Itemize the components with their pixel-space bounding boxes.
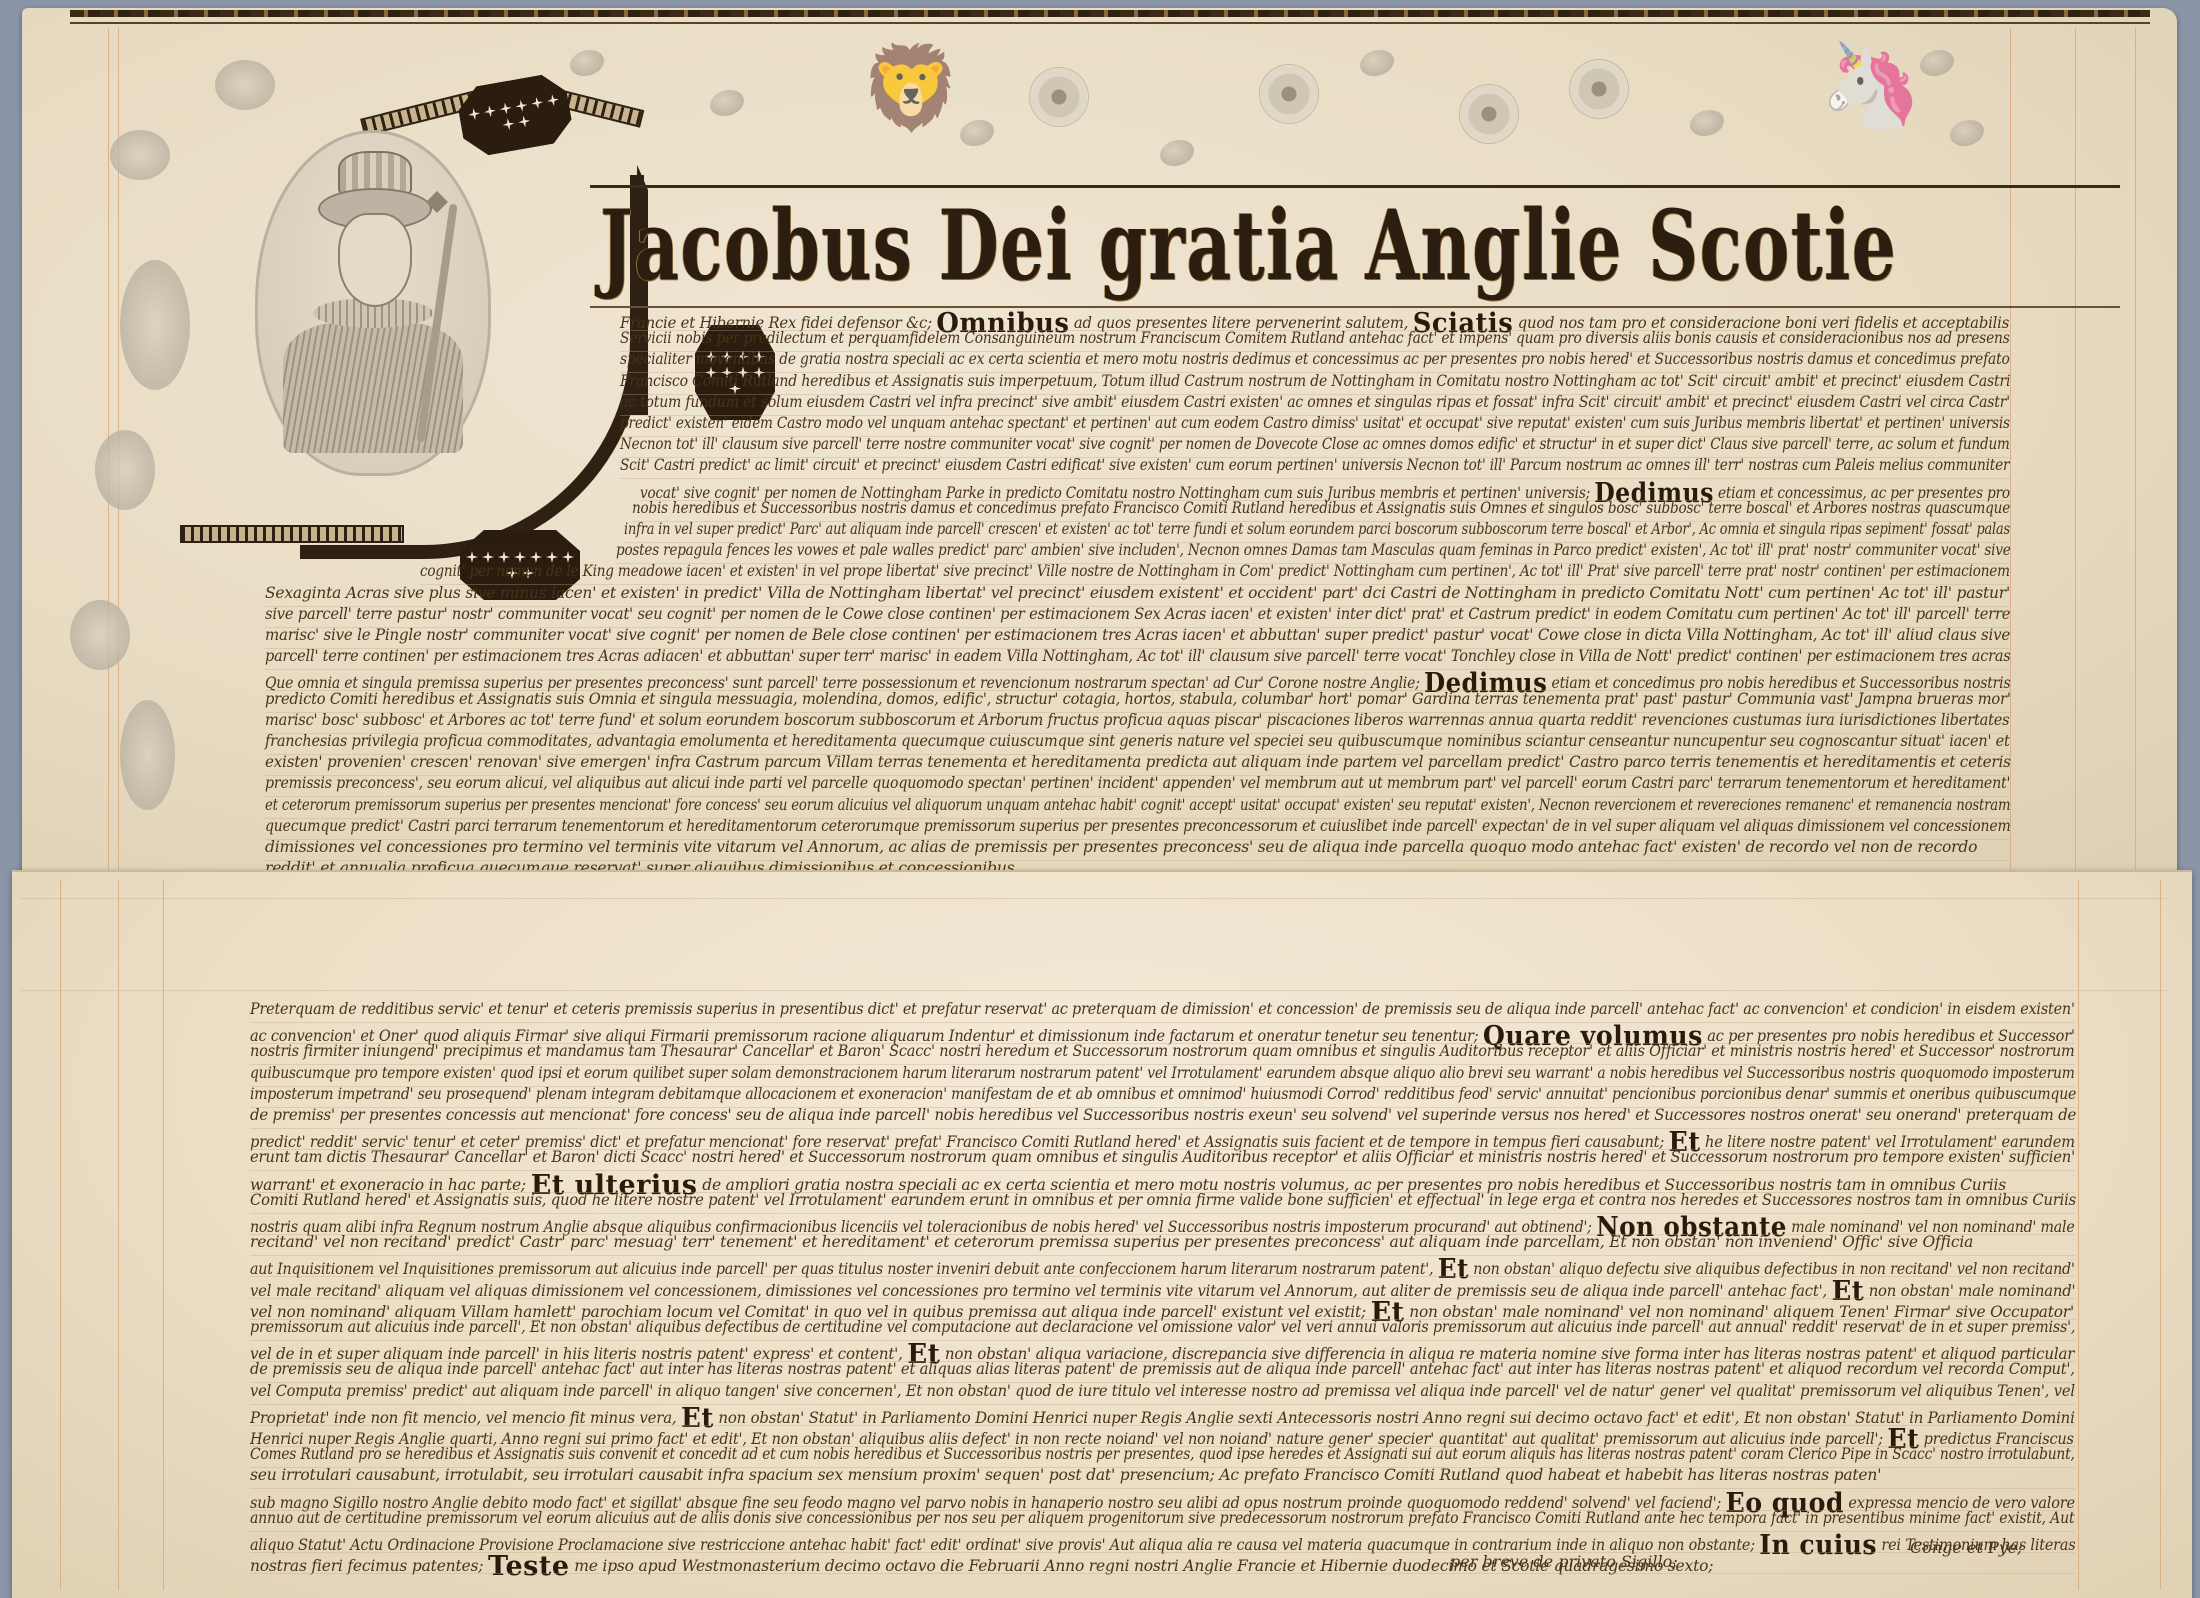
face: [338, 213, 412, 307]
margin-rule: [2078, 880, 2079, 1590]
text-line: recitand' vel non recitand' predict' Cas…: [250, 1233, 2075, 1251]
rose-icon: [1030, 68, 1088, 126]
text-line: Preterquam de redditibus servic' et tenu…: [250, 1000, 2075, 1018]
text-line: marisc' bosc' subbosc' et Arbores ac tot…: [265, 711, 2010, 729]
text-line: Francisco Comiti Rutland heredibus et As…: [620, 372, 2011, 390]
text-line: parcell' terre continen' per estimacione…: [265, 647, 2011, 665]
text-line: et ceterorum premissorum superius per pr…: [265, 796, 2010, 814]
margin-rule: [118, 880, 119, 1590]
text-line: predict' existen' eidem Castro modo vel …: [620, 414, 2010, 432]
knotwork-ornament: [455, 71, 575, 159]
text-line: Sexaginta Acras sive plus sive minus iac…: [265, 584, 2011, 602]
text-line: franchesias privilegia proficua commodit…: [265, 732, 2010, 750]
text-line: nostris firmiter iniungend' precipimus e…: [250, 1042, 2075, 1060]
text-line: marisc' sive le Pingle nostr' communiter…: [265, 626, 2010, 644]
text-line: premissis preconcess', seu eorum alicui,…: [265, 774, 2011, 792]
text-line: infra in vel super predict' Parc' aut al…: [624, 520, 2010, 538]
text-line: sive parcell' terre pastur' nostr' commu…: [265, 605, 2010, 623]
text-segment: quecumque predict' Castri parci terrarum…: [265, 817, 2011, 835]
acanthus-scroll: [120, 700, 175, 810]
text-segment: cognit' per nomen de le King meadowe iac…: [420, 562, 2010, 580]
text-line: vel Computa premiss' predict' aut aliqua…: [250, 1382, 2075, 1400]
margin-rule: [2135, 28, 2136, 873]
text-segment: marisc' bosc' subbosc' et Arbores ac tot…: [265, 711, 2009, 729]
text-segment: predict' existen' eidem Castro modo vel …: [620, 414, 2010, 432]
text-line: imposterum impetrand' seu prosequend' pl…: [250, 1085, 2076, 1103]
unicorn-icon: 🦄: [1820, 45, 1922, 127]
text-line: Servicii nobis per predilectum et perqua…: [620, 329, 2010, 347]
text-line: seu irrotulari causabunt, irrotulabit, s…: [250, 1466, 2075, 1484]
text-line: existen' provenien' crescen' renovan' si…: [265, 753, 2010, 771]
text-segment: nostris firmiter iniungend' precipimus e…: [250, 1042, 2075, 1060]
text-line: premissorum aut alicuius inde parcell', …: [250, 1318, 2075, 1336]
text-segment: seu irrotulari causabunt, irrotulabit, s…: [250, 1466, 1881, 1484]
leaf-icon: [1920, 50, 1954, 76]
border-band: [70, 10, 2150, 17]
text-line: nostras fieri fecimus patentes; Teste me…: [250, 1551, 2075, 1582]
text-segment: predicto Comiti heredibus et Assignatis …: [265, 690, 2011, 708]
text-segment: Francisco Comiti Rutland heredibus et As…: [620, 372, 2010, 390]
text-segment: infra in vel super predict' Parc' aut al…: [624, 520, 2010, 538]
text-segment: marisc' sive le Pingle nostr' communiter…: [265, 626, 2010, 644]
text-segment: erunt tam dictis Thesaurar' Cancellar' e…: [250, 1148, 2075, 1166]
text-line: quecumque predict' Castri parci terrarum…: [265, 817, 2011, 835]
leaf-icon: [1690, 110, 1724, 136]
leaf-icon: [960, 120, 994, 146]
text-line: cognit' per nomen de le King meadowe iac…: [420, 562, 2010, 580]
text-segment: nobis heredibus et Successoribus nostris…: [632, 499, 2010, 517]
ruling-line: [250, 1573, 2075, 1574]
text-segment: franchesias privilegia proficua commodit…: [265, 732, 2010, 750]
text-line: de premiss' per presentes concessis aut …: [250, 1106, 2076, 1124]
text-line: Comes Rutland pro se heredibus et Assign…: [250, 1445, 2075, 1463]
decorative-frieze: 🦁 🦄: [560, 20, 2000, 185]
text-segment: Scit' Castri predict' ac limit' circuit'…: [620, 456, 2009, 474]
text-line: postes repagula fences les vowes et pale…: [616, 541, 2010, 559]
text-segment: premissis preconcess', seu eorum alicui,…: [265, 774, 2010, 792]
text-segment: Sexaginta Acras sive plus sive minus iac…: [265, 584, 2010, 602]
text-segment: Preterquam de redditibus servic' et tenu…: [250, 1000, 2075, 1018]
text-line: dimissiones vel concessiones pro termino…: [265, 838, 2010, 856]
text-line: specialiter moventibus de gratia nostra …: [620, 350, 2009, 368]
text-line: erunt tam dictis Thesaurar' Cancellar' e…: [250, 1148, 2075, 1166]
text-segment: parcell' terre continen' per estimacione…: [265, 647, 2011, 665]
text-segment: Comiti Rutland hered' et Assignatis suis…: [250, 1191, 2076, 1209]
margin-rule: [2010, 28, 2011, 873]
leaf-icon: [1360, 50, 1394, 76]
tudor-rose-icon: [1460, 85, 1518, 143]
text-segment: annuo aut de certitudine premissorum vel…: [250, 1509, 2074, 1527]
cadel-initial-word: Teste: [488, 1551, 570, 1582]
text-segment: existen' provenien' crescen' renovan' si…: [265, 753, 2011, 771]
rose-icon: [1570, 60, 1628, 118]
ruling-line: [20, 990, 2170, 991]
warrant-note: per breve de privato Sigillo;: [1450, 1552, 1678, 1571]
text-line: quibuscumque pro tempore existen' quod i…: [250, 1064, 2074, 1082]
text-segment: quibuscumque pro tempore existen' quod i…: [250, 1064, 2075, 1082]
leaf-icon: [1950, 120, 1984, 146]
text-line: annuo aut de certitudine premissorum vel…: [250, 1509, 2074, 1527]
text-line: Comiti Rutland hered' et Assignatis suis…: [250, 1191, 2076, 1209]
king-portrait: [255, 130, 491, 476]
margin-rule: [163, 880, 164, 1590]
text-segment: Necnon tot' ill' clausum sive parcell' t…: [620, 435, 2010, 453]
text-segment: premissorum aut alicuius inde parcell', …: [250, 1318, 2075, 1336]
ruling-line: [20, 898, 2170, 899]
text-line: Scit' Castri predict' ac limit' circuit'…: [620, 456, 2010, 474]
text-line: Necnon tot' ill' clausum sive parcell' t…: [620, 435, 2010, 453]
text-segment: et ceterorum premissorum superius per pr…: [265, 796, 2010, 814]
text-line: ac totum fundum et solum eiusdem Castri …: [620, 393, 2010, 411]
margin-rule: [2075, 28, 2076, 873]
margin-rule: [2160, 880, 2161, 1590]
text-segment: dimissiones vel concessiones pro termino…: [265, 838, 1977, 856]
leaf-icon: [710, 90, 744, 116]
text-segment: postes repagula fences les vowes et pale…: [616, 541, 2011, 559]
margin-rule: [60, 880, 61, 1590]
text-segment: Comes Rutland pro se heredibus et Assign…: [250, 1445, 2075, 1463]
acanthus-scroll: [70, 600, 130, 670]
text-segment: specialiter moventibus de gratia nostra …: [620, 350, 2010, 368]
leaf-icon: [1160, 140, 1194, 166]
clerk-signature: Conge et Pye;: [1910, 1538, 2023, 1557]
text-segment: recitand' vel non recitand' predict' Cas…: [250, 1233, 1973, 1251]
columbine-icon: [1260, 65, 1318, 123]
text-segment: de premissis seu de aliqua inde parcell'…: [250, 1360, 2075, 1378]
text-line: de premissis seu de aliqua inde parcell'…: [250, 1360, 2075, 1378]
text-segment: de premiss' per presentes concessis aut …: [250, 1106, 2076, 1124]
text-segment: sive parcell' terre pastur' nostr' commu…: [265, 605, 2010, 623]
crowned-lion-icon: 🦁: [860, 48, 962, 130]
text-segment: imposterum impetrand' seu prosequend' pl…: [250, 1085, 2076, 1103]
acanthus-scroll: [95, 430, 155, 510]
heading-title: Jacobus Dei gratia Anglie Scotie: [600, 190, 1608, 302]
text-segment: Servicii nobis per predilectum et perqua…: [620, 329, 2010, 347]
text-segment: ac totum fundum et solum eiusdem Castri …: [620, 393, 2010, 411]
text-line: nobis heredibus et Successoribus nostris…: [632, 499, 2010, 517]
text-line: predicto Comiti heredibus et Assignatis …: [265, 690, 2010, 708]
text-segment: vel Computa premiss' predict' aut aliqua…: [250, 1382, 2075, 1400]
initial-band: [180, 525, 404, 543]
